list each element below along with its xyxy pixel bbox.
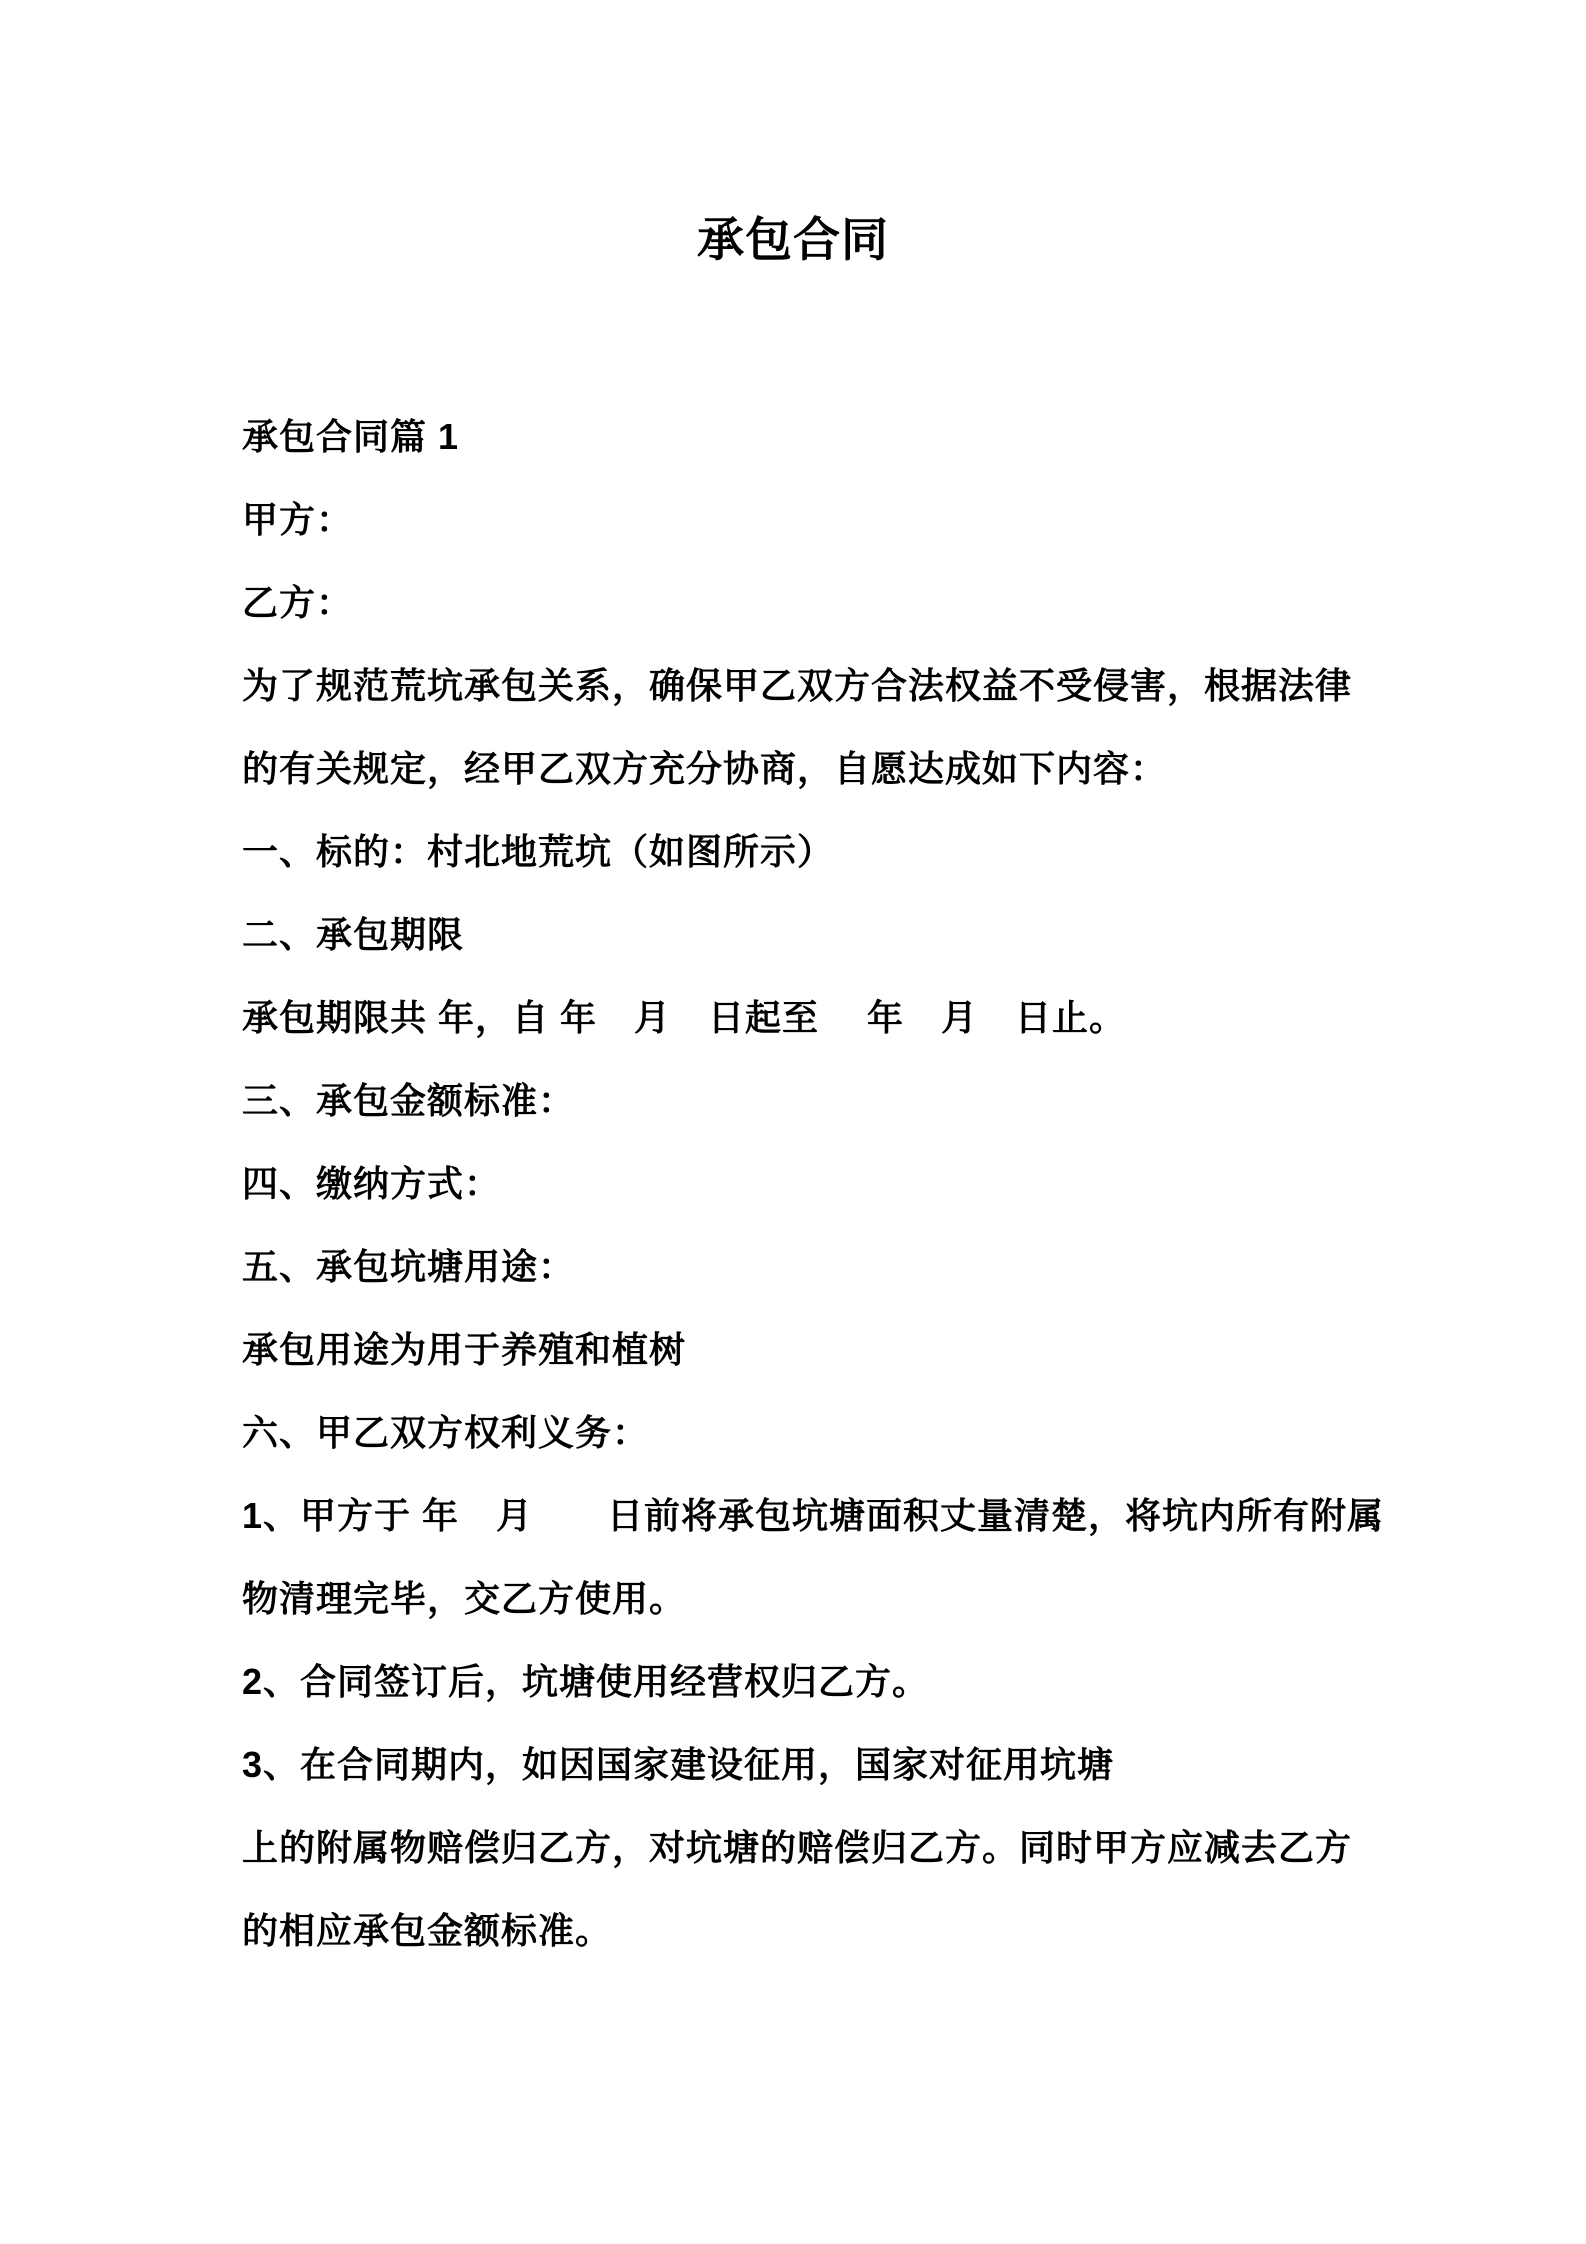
text-line-clause-4: 四、缴纳方式： <box>242 1142 1372 1225</box>
text-line-clause-5: 五、承包坑塘用途： <box>242 1225 1372 1308</box>
text-line: 为了规范荒坑承包关系，确保甲乙双方合法权益不受侵害，根据法律 <box>242 644 1372 727</box>
text-line-item-1: 1、甲方于 年 月 日前将承包坑塘面积丈量清楚，将坑内所有附属 <box>242 1474 1372 1557</box>
text-line-party-a: 甲方： <box>242 478 1372 561</box>
text-line-item-3: 3、在合同期内，如因国家建设征用，国家对征用坑塘 <box>242 1723 1372 1806</box>
text-line: 的有关规定，经甲乙双方充分协商，自愿达成如下内容： <box>242 727 1372 810</box>
document-body: 承包合同篇 1 甲方： 乙方： 为了规范荒坑承包关系，确保甲乙双方合法权益不受侵… <box>242 395 1372 1972</box>
text-line: 承包期限共 年，自 年 月 日起至 年 月 日止。 <box>242 976 1372 1059</box>
text-line-clause-1: 一、标的：村北地荒坑（如图所示） <box>242 810 1372 893</box>
text-line: 的相应承包金额标准。 <box>242 1889 1372 1972</box>
document-title: 承包合同 <box>0 213 1586 267</box>
text-line-party-b: 乙方： <box>242 561 1372 644</box>
document-page: 承包合同 承包合同篇 1 甲方： 乙方： 为了规范荒坑承包关系，确保甲乙双方合法… <box>0 0 1586 2244</box>
text-line-clause-3: 三、承包金额标准： <box>242 1059 1372 1142</box>
text-line: 物清理完毕，交乙方使用。 <box>242 1557 1372 1640</box>
text-line: 承包用途为用于养殖和植树 <box>242 1308 1372 1391</box>
text-line-item-2: 2、合同签订后，坑塘使用经营权归乙方。 <box>242 1640 1372 1723</box>
text-line-clause-2: 二、承包期限 <box>242 893 1372 976</box>
text-line: 上的附属物赔偿归乙方，对坑塘的赔偿归乙方。同时甲方应减去乙方 <box>242 1806 1372 1889</box>
text-line: 承包合同篇 1 <box>242 395 1372 478</box>
text-line-clause-6: 六、甲乙双方权利义务： <box>242 1391 1372 1474</box>
